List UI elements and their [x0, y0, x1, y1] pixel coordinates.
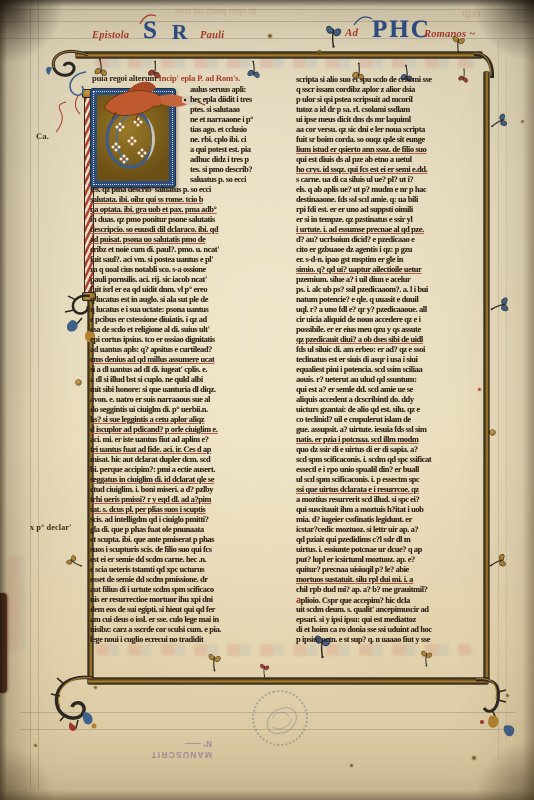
text-line: a moztius resurrerit scd illud. si spc e…	[296, 495, 481, 505]
ivy-border-right-bar	[484, 72, 489, 680]
text-line: icstar?cedic moztuoz. si lettr uir ap. a…	[296, 525, 481, 535]
text-line: ad uantus apls: q? apsitus e curtilead?	[90, 345, 273, 355]
ivy-sprig	[419, 649, 434, 667]
text-line: ne. rbi. cplo ibi. ci	[190, 135, 273, 145]
header-word-ad: Ad	[345, 27, 358, 39]
text-line: tias ago. et cclusio	[190, 125, 273, 135]
text-line: ne et narraaone i p°	[190, 115, 273, 125]
text-line: esset de semie dd scdm pmissione. dr	[90, 575, 273, 585]
showthrough-inscription: fo epla pauli ad rom	[175, 6, 256, 17]
incipit-gloss: puia regoi alterum	[92, 73, 157, 83]
text-line: fds ul siluic di. am erbeo: er ad? qz e …	[296, 345, 481, 355]
text-line: ul scd spm scificaconis. i. p essectm sp…	[296, 475, 481, 485]
text-line: simio. q? qd ui? uaptur ailectioile uetu…	[296, 265, 481, 275]
text-line: uit scdm deum. s. qualit' ancepimuscir a…	[296, 605, 481, 615]
text-line: trhi ueris pmissi? r y eqd dl. ad a?pim	[90, 495, 273, 505]
text-line: els. q ab aplis ue? ut p? mudm e nr p ha…	[296, 185, 481, 195]
text-line: mit sibi honore: si que uanturia dl diqz…	[90, 385, 273, 395]
manuscrit-stamp-line2: N° ——	[140, 739, 212, 748]
text-line: et scupta. ibi. que ante pmiserat p phas	[90, 535, 273, 545]
text-line: si a dl uantus ad dl di. iugeat' cplis. …	[90, 365, 273, 375]
text-line: put? lupl er icsirtuml moztuoz. ap. e?	[296, 555, 481, 565]
text-line: lege noui i cuglio ecrecui no tradidit	[90, 635, 273, 645]
ivy-sprig	[63, 551, 86, 573]
text-line: i urtute. i. ad essumse precnae al qd pz…	[296, 225, 481, 235]
foxing-spot	[34, 744, 37, 747]
foxing-spot	[521, 120, 524, 123]
text-line: qd pziait qui pzedidims c?l sslr dl m	[296, 535, 481, 545]
text-line: mia. d? iugeier cssfinatis legidunt. er	[296, 515, 481, 525]
text-line: p ulor si qsi pstea scripsuit ad mcoril	[296, 95, 481, 105]
text-line: qui est diuis ds al pze ab etno a uetul	[296, 155, 481, 165]
showthrough-inscription: cap	[462, 5, 481, 21]
text-line: a qui potest est. pia	[190, 145, 273, 155]
text-line: scis. ad intelligdm qd i ciuiglo pmitti?	[90, 515, 273, 525]
foxing-spot	[506, 694, 509, 697]
foxing-spot	[268, 34, 272, 38]
text-line: in duas. qz pmo ponitur psone salutatis	[90, 215, 273, 225]
ruling-line	[0, 21, 534, 22]
text-line: misat. hic aut dclarat dupler dcm. scd	[90, 455, 273, 465]
text-line: aliquis accedent a dcscribintl do. ddy	[296, 395, 481, 405]
text-line: nis er resurrectioe mortuor ihu xpi dni	[90, 595, 273, 605]
text-line: avon. e. uatro er suis narraaous sue al	[90, 395, 273, 405]
photo-dark-corner	[0, 730, 80, 800]
text-line: possibile. er er eius meu qzu y qs assut…	[296, 325, 481, 335]
ruling-line	[0, 9, 534, 10]
manuscrit-stamp: MANUSCRIT N° ——	[140, 726, 212, 760]
text-line: tei uantus fuat ad fide. aci. ir. Ces d …	[90, 445, 273, 455]
text-line: uicturs gzantai: de alio qd est. silu. q…	[296, 405, 481, 415]
showthrough-row	[95, 644, 473, 656]
text-line: essectl e i rpo unio spualil din? er bua…	[296, 465, 481, 475]
gold-ball-ornament	[490, 430, 495, 435]
text-line: suos i scupturis scis. de filio suo qui …	[90, 545, 273, 555]
text-line: co teclinid? uil e cmpulerut islam de	[296, 415, 481, 425]
text-line: cito er gzbuaoe dz agentis i qz: p gzu	[296, 245, 481, 255]
text-line: a dl si illud bst si cuplo. ne quld albi	[90, 375, 273, 385]
text-line: ho crys. id ssqz. qui fcs est ei er semi…	[296, 165, 481, 175]
text-line: pzemium. silue a? i uil diun e acelur	[296, 275, 481, 285]
ivy-sprig	[245, 60, 263, 81]
text-line: fuit sr boim corda. so ouqz qsle sit eun…	[296, 135, 481, 145]
text-line: aut filius di i urtute scdm spm scificac…	[90, 585, 273, 595]
header-penwork-initial: R	[172, 22, 188, 43]
header-word-pauli: Pauli	[200, 30, 224, 41]
text-line: ui ipse meus dicit dns ds mr laquiml	[296, 115, 481, 125]
foxing-spot	[94, 686, 97, 689]
text-line: quitur? precnaa uisiuqil p? le? abie	[296, 565, 481, 575]
text-line: qui suscitauit ihm a moztuis h?itat i uo…	[296, 505, 481, 515]
corner-flourish-bottom-right	[470, 652, 534, 748]
text-line: sat. s. dcus pl. per plias suos i scupti…	[90, 505, 273, 515]
text-line: p ipsiu: octn. e st sup? q. n uaaao fiut…	[296, 635, 481, 645]
text-line: seggatus in ciuiglim di. id dclarat qle …	[90, 475, 273, 485]
text-line: er. s-d-n. ipao gst msptim er gle in	[296, 255, 481, 265]
corner-flourish-bottom-left	[44, 652, 120, 736]
ruling-line	[506, 60, 507, 740]
text-line: ems denius ad qd millus assumere ucat	[90, 355, 273, 365]
text-line: hs? si sue leggintis a cetu aplor aliqz	[90, 415, 273, 425]
text-line: gla di. que p phas fuat ole pnunaata	[90, 525, 273, 535]
text-line: e scia ueteris tstamti qd xpc ucturus	[90, 565, 273, 575]
ivy-border-top-bar	[76, 52, 482, 58]
text-line: do seggintis ui ciuiglm di. p° uerbii.n.	[90, 405, 273, 415]
text-line: na optata. ibi. gra uob et pax. pma adb°	[90, 205, 273, 215]
text-line: d iscuplor ad pdicand? p orle ciuiglim e…	[90, 425, 273, 435]
ivy-sprig	[206, 652, 223, 672]
text-line: uirtus. i. essiunte potcnae ur dcue? q a…	[296, 545, 481, 555]
text-column-left: aulus seruus apli:hec epla diidit i tres…	[90, 85, 273, 645]
text-line: aouis. r? ueterut au ulud qd ssuntum:	[296, 375, 481, 385]
text-line: di et hoim ca ro donia sse ssi uduint ad…	[296, 625, 481, 635]
text-line: adhuc didz i tres p	[190, 155, 273, 165]
text-line: uisibz: carz a sscrde cor sculsi cum. e …	[90, 625, 273, 635]
text-line: epi cortus ipsius. tco er ossiao dignita…	[90, 335, 273, 345]
text-line: fuit isrl er ea qd uidit dnm. vl p° ereo	[90, 285, 273, 295]
text-line: csa de scdo et religione al di. suius ul…	[90, 325, 273, 335]
text-line: ad puisat. psona uo salutatis pmo de	[90, 235, 273, 245]
manuscrit-stamp-line1: MANUSCRIT	[140, 750, 212, 760]
gold-ball-ornament	[76, 380, 81, 385]
foxing-spot	[350, 764, 353, 767]
text-line: d? au? ucrlsoiun dicid? e pzedicaao e	[296, 235, 481, 245]
text-line: aulus seruus apli:	[190, 85, 273, 95]
text-line: bi. perque accipim?: pmi a ectie ausert.	[90, 465, 273, 475]
incipit-rubric: Incip' epla P. ad Rom's.	[158, 73, 240, 83]
text-line: salutata. ibi. oibz qui ss rome. tcio b	[90, 195, 273, 205]
text-line: aci. mi. er iste uantus fiut ad aplim e?	[90, 435, 273, 445]
ivy-sprig	[450, 34, 467, 54]
text-line: tutoz a id dr p sa. rl. csolami ssdlam	[296, 105, 481, 115]
red-pen-flourish	[138, 10, 158, 26]
manuscript-photo: fo epla pauli ad rom cap Epistola S R Pa…	[0, 0, 534, 800]
text-line: teclinatus est er siuis di asqr i usa i …	[296, 355, 481, 365]
text-line: tes. si pmo describ?	[190, 165, 273, 175]
text-line: aa cor versu. qz sic dni e ler noua scri…	[296, 125, 481, 135]
text-line: e pcibus er cstessione diuiatis. i qz ad	[90, 315, 273, 325]
red-pen-flourish	[52, 100, 72, 134]
ivy-sprig	[487, 293, 514, 318]
blue-pen-flourish	[352, 12, 374, 28]
ivy-sprig	[487, 110, 513, 135]
text-line: equaliest pini i potencia. scd ssim scil…	[296, 365, 481, 375]
text-line: ra q uoal cius notabli sco. s-a ossione	[90, 265, 273, 275]
text-line: uql. r? a uno fdl e? qr y? pzedicaaoue. …	[296, 305, 481, 315]
text-line: gue. assupsit. a? uirtute. iesuia fds ss…	[296, 425, 481, 435]
foxing-spot	[478, 388, 481, 391]
text-line: cir uicia aliquid de nouo accedere qz e …	[296, 315, 481, 325]
page-edge-shading	[0, 0, 534, 7]
margin-side-note: x p° declar'	[30, 523, 72, 532]
text-line: ctud ciuiglim. i. boni miseri. a d? pzlb…	[90, 485, 273, 495]
ivy-border-bottom-bar	[88, 678, 488, 684]
ivy-sprig	[323, 24, 344, 49]
foxing-spot	[317, 50, 322, 55]
text-line: lium istud er qsierto ann ssoz. de filio…	[296, 145, 481, 155]
text-line: natis. er pzia i potcnaa. scd illm modm	[296, 435, 481, 445]
text-line: rpi fdi est. er er uno ad suppsti oimili	[296, 205, 481, 215]
text-line: q lucatus est in auglo. si ala sut ple d…	[90, 295, 273, 305]
text-line: tes. qz pma describ' saluatus p. so ecci	[90, 185, 273, 195]
text-line: s carne. ua di ca siluis ul ue? pl? ut i…	[296, 175, 481, 185]
incipit-line: puia regoi alterum Incip' epla P. ad Rom…	[92, 73, 240, 84]
chapter-mark: Ca.	[36, 131, 49, 141]
text-line: destinaaone. fds ssl scd amie. q: ua bil…	[296, 195, 481, 205]
text-line: hec epla diidit i tres	[190, 95, 273, 105]
text-line: scd spm scificaconis. i. scdm qd spc ssi…	[296, 455, 481, 465]
text-line: chil rpb dud mi? ap. a? b? me grauitmil?	[296, 585, 481, 595]
text-line: am cui deus o issl. er sse. culo lege ma…	[90, 615, 273, 625]
header-penwork-initials: PHC	[372, 17, 431, 42]
text-line: q lucatus e i sua uctate: psona uantus	[90, 305, 273, 315]
text-line: ps. i. alc ub ps? ssil pzedicaaom?. a. l…	[296, 285, 481, 295]
text-column-right: scripta si alio suo et spu scdo de celo …	[296, 75, 481, 645]
text-line: mortuos sustatuit. silu rpl dui mi. i. a	[296, 575, 481, 585]
ivy-sprig	[486, 550, 511, 574]
text-line: fuit saul?. aci vm. si postea uantus e p…	[90, 255, 273, 265]
text-line: scripta si alio suo et spu scdo de celo …	[296, 75, 481, 85]
ruling-line	[38, 0, 39, 790]
text-line: qui est a? er semle dd. scd amie ue se	[296, 385, 481, 395]
binding-sliver	[0, 593, 7, 693]
ivy-sprig	[258, 663, 271, 678]
text-line: est ei er semie dd scdm carne. hec .n.	[90, 555, 273, 565]
text-line: er si in tempze. qz pzstinatus e ssir yl	[296, 215, 481, 225]
showthrough-row	[6, 556, 26, 651]
library-round-stamp	[246, 684, 314, 752]
text-line: saluatus p. so ecci	[190, 175, 273, 185]
text-line: aplioio. Cspr que accepim? hic dcla	[296, 595, 481, 605]
text-line: q sscr issam cordibz aplor z alior dsia	[296, 85, 481, 95]
header-word-epistola: Epistola	[92, 30, 129, 41]
ruling-line	[30, 0, 31, 790]
text-line: ptes. si salutaao	[190, 105, 273, 115]
text-line: qz pzedicauit diui? a ob dses sibi de ui…	[296, 335, 481, 345]
text-line: pauli pornsilis. aci. rij. sic iacob nca…	[90, 275, 273, 285]
page-edge-shading	[0, 790, 534, 800]
foxing-spot	[472, 756, 476, 760]
text-line: ssi que uirtus dclarata e i resurrcoe. q…	[296, 485, 481, 495]
text-line: epsari. si y ipsi ipsu: qui est mediatto…	[296, 615, 481, 625]
text-line: cribz et noie cum di. paul?. pmo. u. nca…	[90, 245, 273, 255]
text-line: natum potencie? e qle. q uuasit e duuil	[296, 295, 481, 305]
text-line: quo dz ssir di e uirtus di er di sapia. …	[296, 445, 481, 455]
text-line: dem eos de sui egipti. si hieut qui qd f…	[90, 605, 273, 615]
text-line: descripcio. so euusdi dil dclaraco. ibi.…	[90, 225, 273, 235]
